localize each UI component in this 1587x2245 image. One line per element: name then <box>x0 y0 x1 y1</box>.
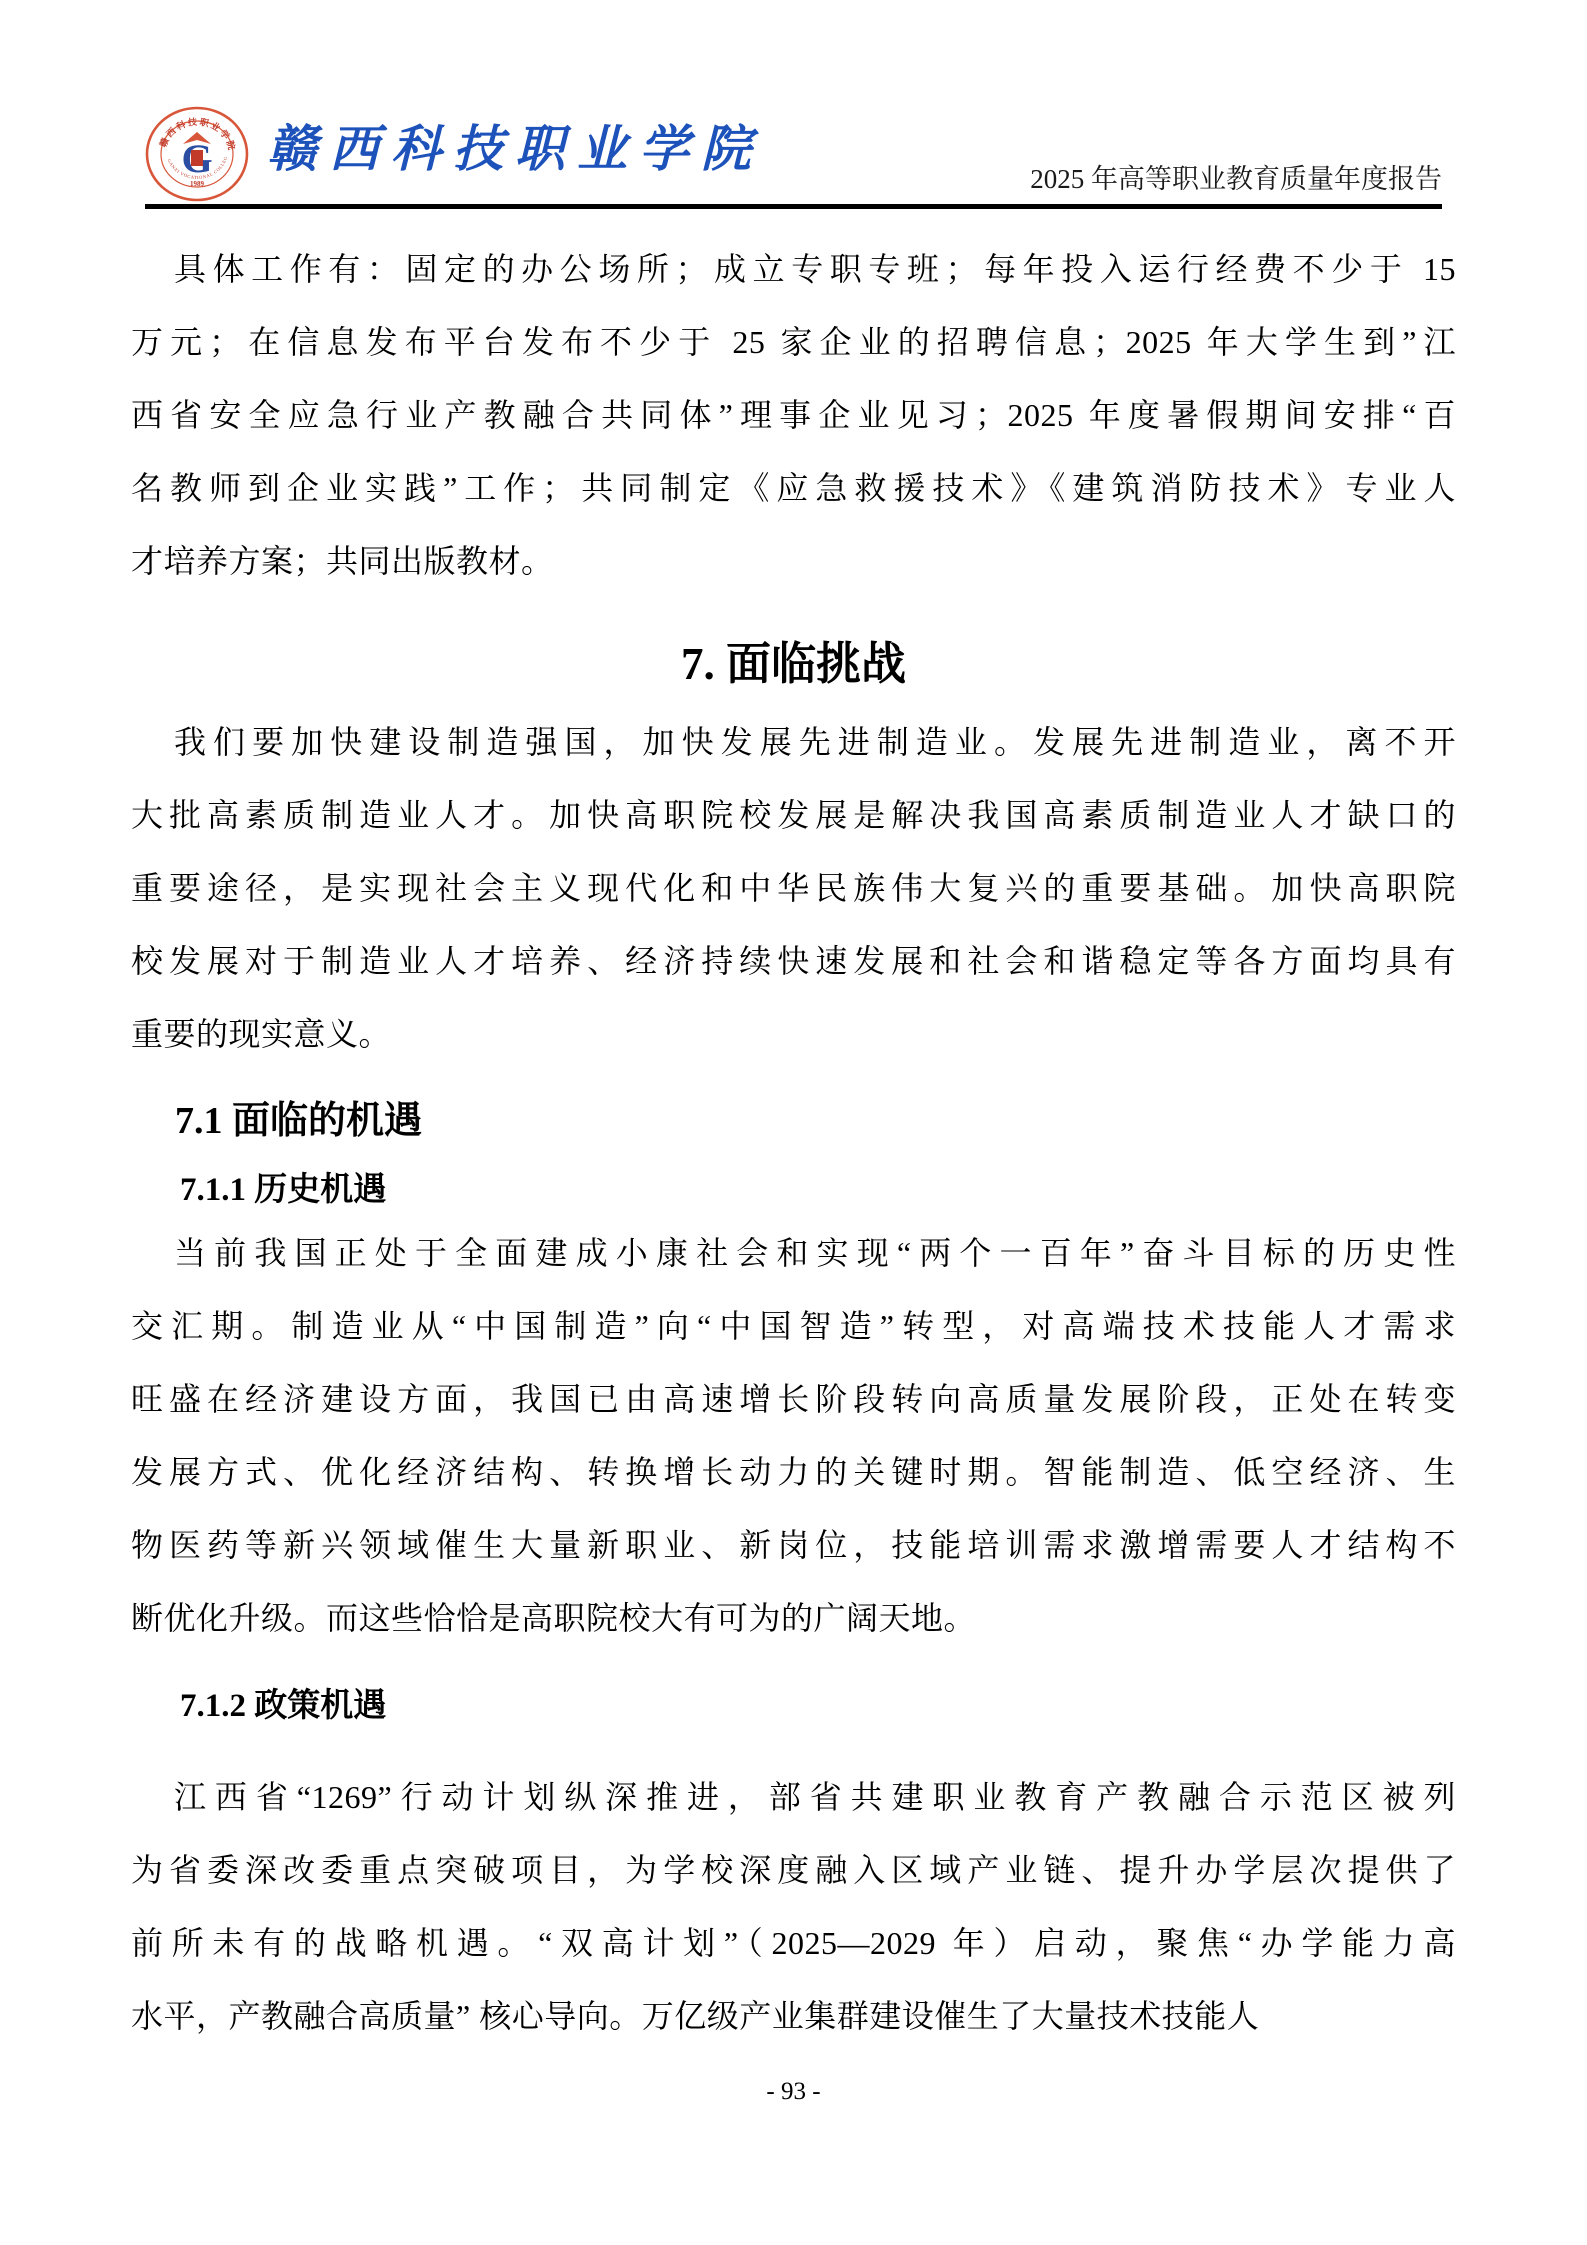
paragraph-line: 重要的现实意义。 <box>131 998 1456 1071</box>
header-divider <box>145 204 1442 209</box>
paragraph-line: 万元；在信息发布平台发布不少于 25 家企业的招聘信息；2025 年大学生到”江 <box>131 306 1456 379</box>
paragraph-line: 江西省“1269”行动计划纵深推进，部省共建职业教育产教融合示范区被列 <box>131 1761 1456 1834</box>
paragraph-4: 江西省“1269”行动计划纵深推进，部省共建职业教育产教融合示范区被列 为省委深… <box>131 1761 1456 2053</box>
paragraph-line: 为省委深改委重点突破项目，为学校深度融入区域产业链、提升办学层次提供了 <box>131 1834 1456 1907</box>
paragraph-line: 西省安全应急行业产教融合共同体”理事企业见习；2025 年度暑假期间安排“百 <box>131 379 1456 452</box>
paragraph-2: 我们要加快建设制造强国，加快发展先进制造业。发展先进制造业，离不开 大批高素质制… <box>131 706 1456 1071</box>
paragraph-line: 断优化升级。而这些恰恰是高职院校大有可为的广阔天地。 <box>131 1582 1456 1655</box>
document-page: 赣西科技职业学院 GANXI VOCATIONAL COLLEGE G 1989… <box>0 0 1587 2245</box>
paragraph-line: 前所未有的战略机遇。“双高计划”（2025—2029 年）启动，聚焦“办学能力高 <box>131 1907 1456 1980</box>
header-left: 赣西科技职业学院 GANXI VOCATIONAL COLLEGE G 1989… <box>145 106 763 202</box>
section-heading: 7. 面临挑战 <box>131 636 1456 692</box>
paragraph-line: 我们要加快建设制造强国，加快发展先进制造业。发展先进制造业，离不开 <box>131 706 1456 779</box>
paragraph-line: 发展方式、优化经济结构、转换增长动力的关键时期。智能制造、低空经济、生 <box>131 1436 1456 1509</box>
page-header: 赣西科技职业学院 GANXI VOCATIONAL COLLEGE G 1989… <box>0 0 1587 202</box>
report-title: 2025 年高等职业教育质量年度报告 <box>1030 157 1442 202</box>
school-name: 赣西科技职业学院 <box>267 124 763 184</box>
subsubsection-heading: 7.1.2 政策机遇 <box>131 1685 1456 1727</box>
school-emblem-icon: 赣西科技职业学院 GANXI VOCATIONAL COLLEGE G 1989 <box>145 106 249 202</box>
paragraph-line: 物医药等新兴领域催生大量新职业、新岗位，技能培训需求激增需要人才结构不 <box>131 1509 1456 1582</box>
paragraph-line: 交汇期。制造业从“中国制造”向“中国智造”转型，对高端技术技能人才需求 <box>131 1290 1456 1363</box>
paragraph-line: 才培养方案；共同出版教材。 <box>131 525 1456 598</box>
paragraph-line: 重要途径，是实现社会主义现代化和中华民族伟大复兴的重要基础。加快高职院 <box>131 852 1456 925</box>
subsection-heading: 7.1 面临的机遇 <box>131 1097 1456 1145</box>
paragraph-line: 具体工作有：固定的办公场所；成立专职专班；每年投入运行经费不少于 15 <box>131 233 1456 306</box>
page-number: - 93 - <box>0 2078 1587 2106</box>
paragraph-3: 当前我国正处于全面建成小康社会和实现“两个一百年”奋斗目标的历史性 交汇期。制造… <box>131 1217 1456 1655</box>
paragraph-1: 具体工作有：固定的办公场所；成立专职专班；每年投入运行经费不少于 15 万元；在… <box>131 233 1456 598</box>
paragraph-line: 名教师到企业实践”工作；共同制定《应急救援技术》《建筑消防技术》专业人 <box>131 452 1456 525</box>
subsubsection-heading: 7.1.1 历史机遇 <box>131 1169 1456 1211</box>
paragraph-line: 校发展对于制造业人才培养、经济持续快速发展和社会和谐稳定等各方面均具有 <box>131 925 1456 998</box>
paragraph-line: 当前我国正处于全面建成小康社会和实现“两个一百年”奋斗目标的历史性 <box>131 1217 1456 1290</box>
svg-text:1989: 1989 <box>190 180 205 188</box>
paragraph-line: 旺盛在经济建设方面，我国已由高速增长阶段转向高质量发展阶段，正处在转变 <box>131 1363 1456 1436</box>
paragraph-line: 水平，产教融合高质量” 核心导向。万亿级产业集群建设催生了大量技术技能人 <box>131 1980 1456 2053</box>
paragraph-line: 大批高素质制造业人才。加快高职院校发展是解决我国高素质制造业人才缺口的 <box>131 779 1456 852</box>
page-content: 具体工作有：固定的办公场所；成立专职专班；每年投入运行经费不少于 15 万元；在… <box>0 233 1587 2053</box>
